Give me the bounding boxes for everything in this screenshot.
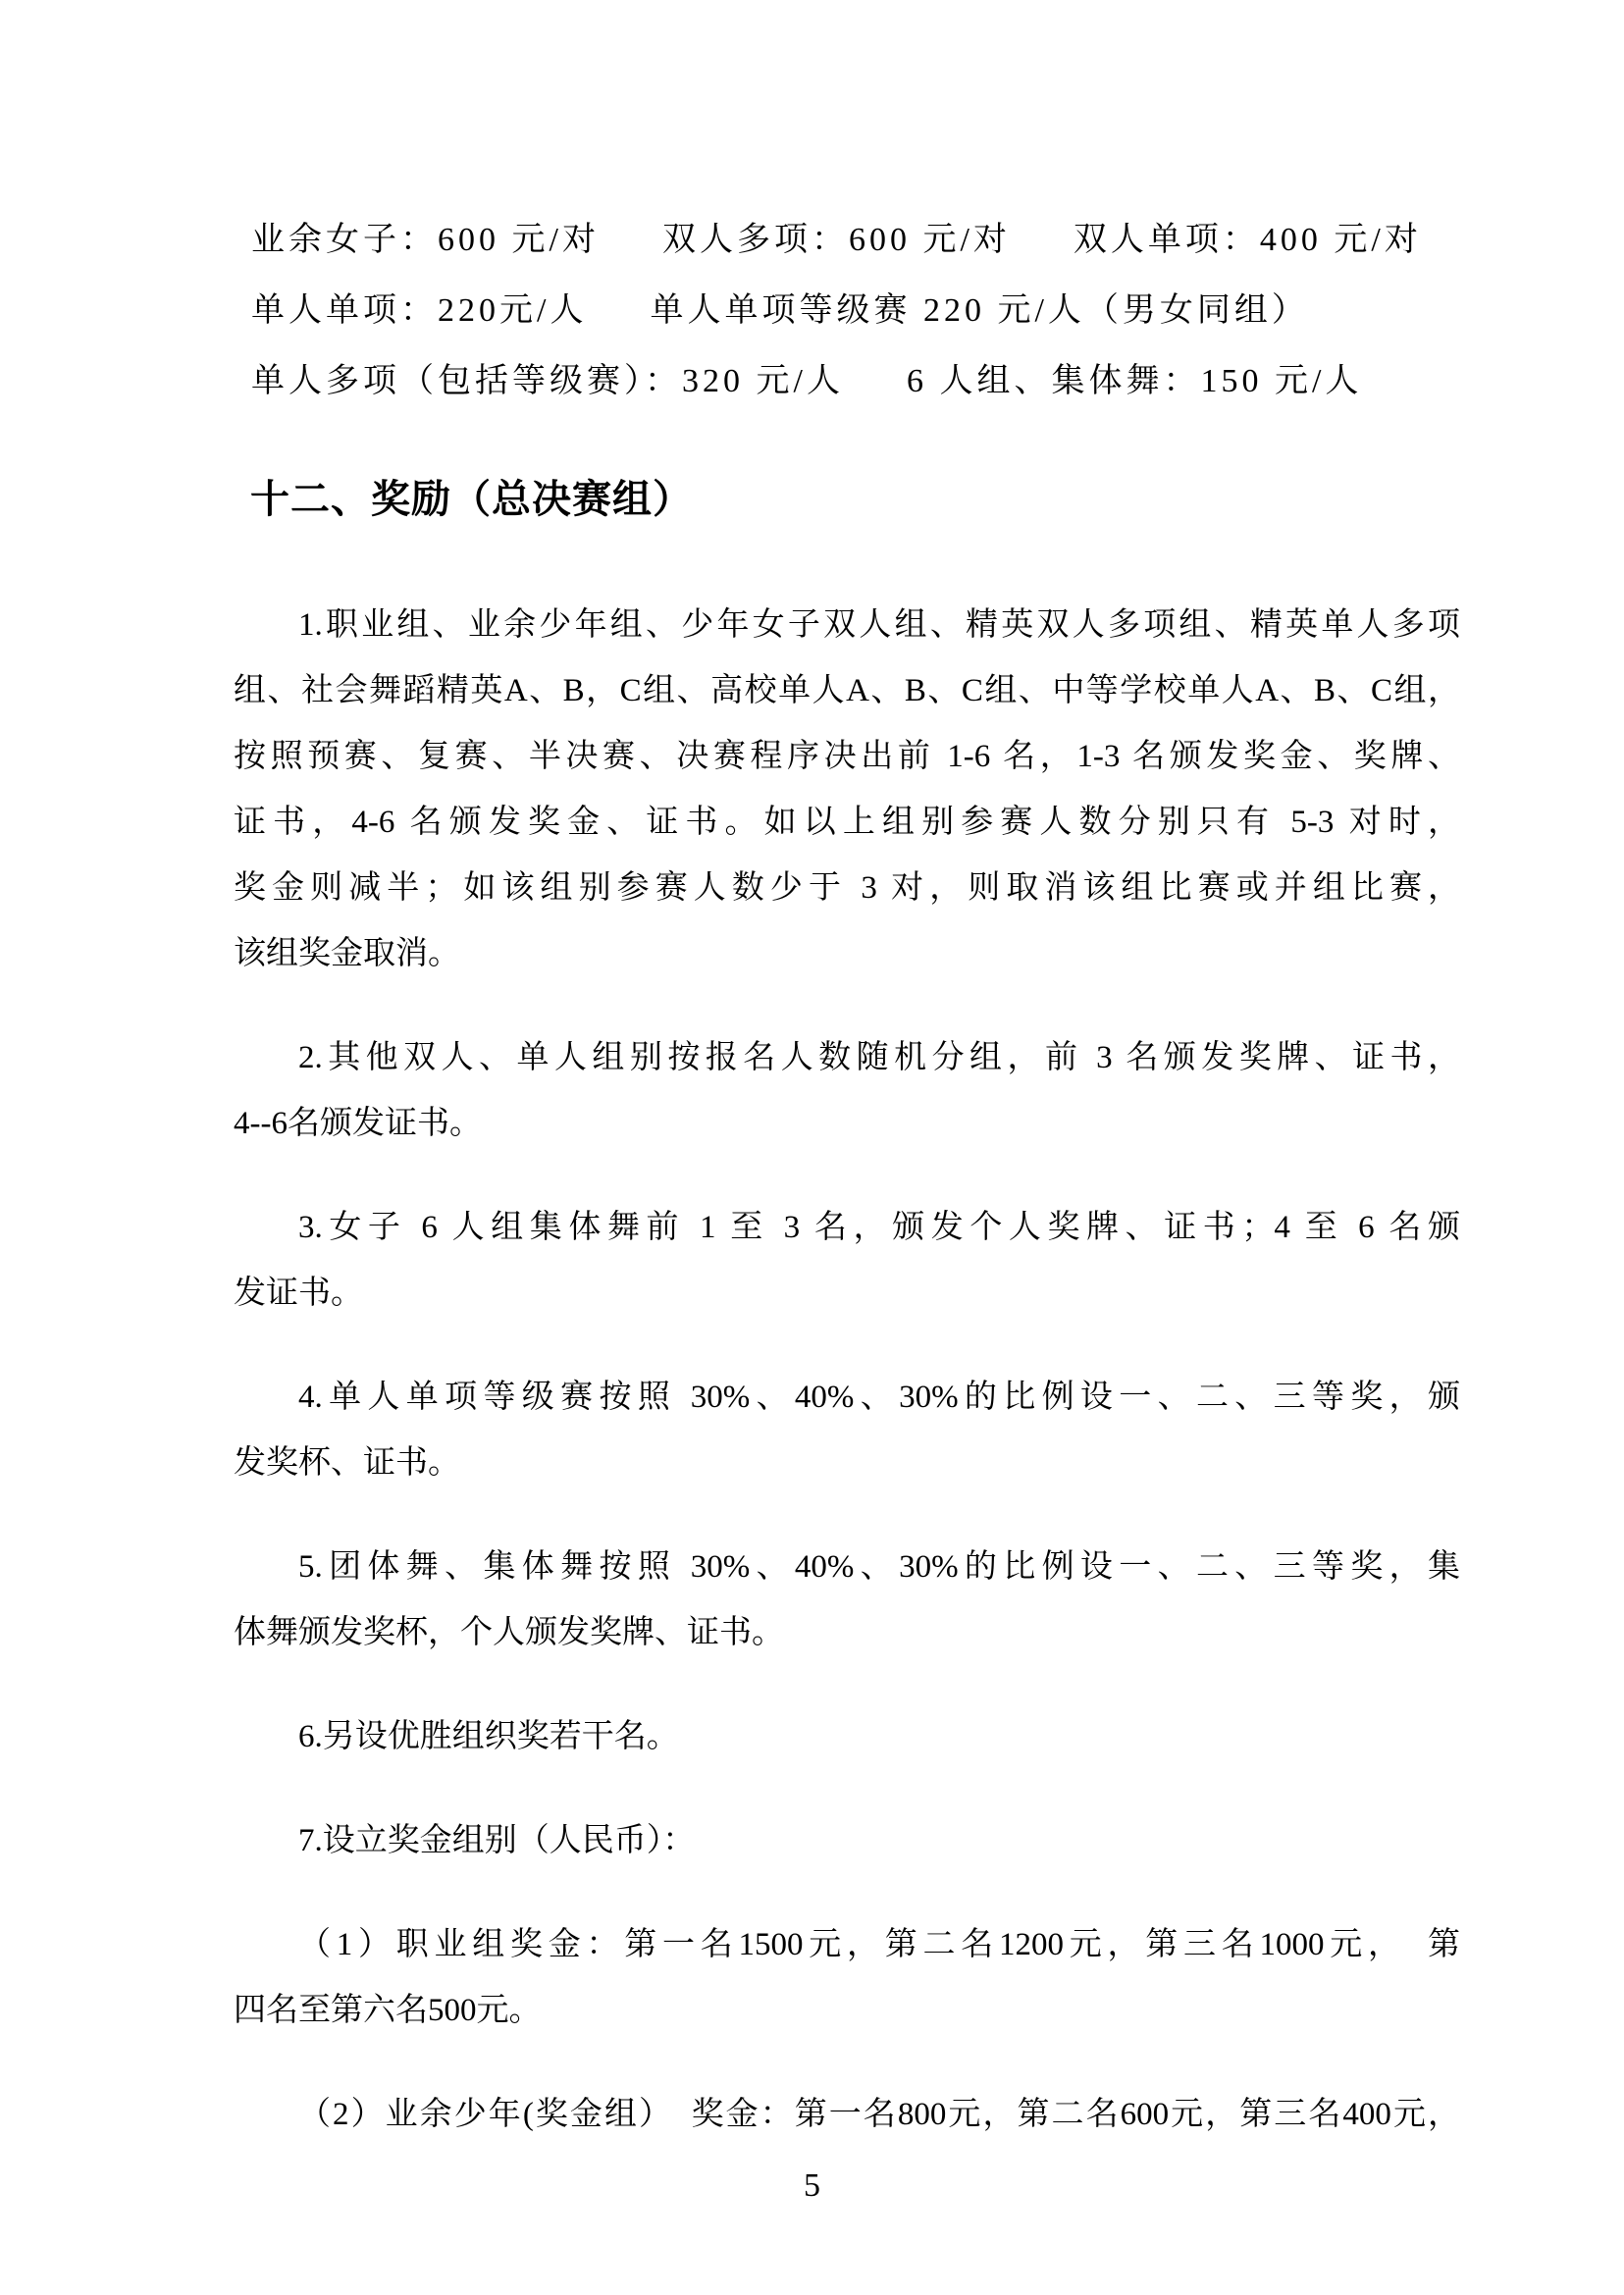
paragraph-line: 体舞颁发奖杯，个人颁发奖牌、证书。 [234,1600,1460,1666]
paragraph-line: 发证书。 [234,1261,1460,1327]
fee-line: 单人单项：220元/人单人单项等级赛 220 元/人（男女同组） [234,276,1460,346]
fee-item: 业余女子：600 元/对 [251,205,600,276]
paragraph-line: 3.女子 6 人组集体舞前 1 至 3 名，颁发个人奖牌、证书；4 至 6 名颁 [234,1195,1460,1261]
paragraph: 1.职业组、业余少年组、少年女子双人组、精英双人多项组、精英单人多项组、社会舞蹈… [234,593,1460,987]
paragraph-line: 4--6名颁发证书。 [234,1091,1460,1157]
paragraph-line: 4.单人单项等级赛按照 30%、40%、30%的比例设一、二、三等奖，颁 [234,1365,1460,1431]
paragraph-line: 1.职业组、业余少年组、少年女子双人组、精英双人多项组、精英单人多项 [234,593,1460,658]
paragraph-line: 按照预赛、复赛、半决赛、决赛程序决出前 1-6 名，1-3 名颁发奖金、奖牌、 [234,724,1460,790]
section-heading: 十二、奖励（总决赛组） [234,472,1460,527]
document-page: 业余女子：600 元/对双人多项：600 元/对双人单项：400 元/对单人单项… [0,0,1624,2295]
paragraph-line: 发奖杯、证书。 [234,1431,1460,1496]
fee-item: 单人单项：220元/人 [251,276,587,346]
paragraph: 5.团体舞、集体舞按照 30%、40%、30%的比例设一、二、三等奖，集体舞颁发… [234,1535,1460,1666]
paragraph-line: 7.设立奖金组别（人民币）： [234,1808,1460,1874]
paragraph-line: 组、社会舞蹈精英A、B，C组、高校单人A、B、C组、中等学校单人A、B、C组， [234,658,1460,724]
page-content: 业余女子：600 元/对双人多项：600 元/对双人单项：400 元/对单人单项… [234,205,1460,2148]
fee-block: 业余女子：600 元/对双人多项：600 元/对双人单项：400 元/对单人单项… [234,205,1460,417]
fee-item: 双人多项：600 元/对 [662,205,1011,276]
fee-line: 业余女子：600 元/对双人多项：600 元/对双人单项：400 元/对 [234,205,1460,276]
paragraph-line: 2.其他双人、单人组别按报名人数随机分组，前 3 名颁发奖牌、证书， [234,1025,1460,1091]
fee-item: 双人单项：400 元/对 [1074,205,1422,276]
paragraph-line: （2）业余少年(奖金组） 奖金：第一名800元，第二名600元，第三名400元， [234,2082,1460,2148]
fee-item: 单人多项（包括等级赛）：320 元/人 [251,346,844,417]
paragraph-line: 5.团体舞、集体舞按照 30%、40%、30%的比例设一、二、三等奖，集 [234,1535,1460,1600]
paragraph-line: （1）职业组奖金：第一名1500元，第二名1200元，第三名1000元， 第 [234,1912,1460,1978]
body-paragraphs: 1.职业组、业余少年组、少年女子双人组、精英双人多项组、精英单人多项组、社会舞蹈… [234,593,1460,2148]
paragraph: 7.设立奖金组别（人民币）： [234,1808,1460,1874]
paragraph-line: 四名至第六名500元。 [234,1978,1460,2044]
paragraph-line: 6.另设优胜组织奖若干名。 [234,1704,1460,1770]
paragraph: （1）职业组奖金：第一名1500元，第二名1200元，第三名1000元， 第四名… [234,1912,1460,2044]
fee-item: 单人单项等级赛 220 元/人（男女同组） [650,276,1308,346]
paragraph-line: 该组奖金取消。 [234,921,1460,987]
paragraph: 6.另设优胜组织奖若干名。 [234,1704,1460,1770]
paragraph: 4.单人单项等级赛按照 30%、40%、30%的比例设一、二、三等奖，颁发奖杯、… [234,1365,1460,1496]
paragraph: （2）业余少年(奖金组） 奖金：第一名800元，第二名600元，第三名400元， [234,2082,1460,2148]
fee-line: 单人多项（包括等级赛）：320 元/人6 人组、集体舞：150 元/人 [234,346,1460,417]
paragraph-line: 证书，4-6 名颁发奖金、证书。如以上组别参赛人数分别只有 5-3 对时， [234,790,1460,856]
paragraph: 2.其他双人、单人组别按报名人数随机分组，前 3 名颁发奖牌、证书，4--6名颁… [234,1025,1460,1157]
paragraph: 3.女子 6 人组集体舞前 1 至 3 名，颁发个人奖牌、证书；4 至 6 名颁… [234,1195,1460,1327]
page-number: 5 [0,2166,1624,2206]
paragraph-line: 奖金则减半；如该组别参赛人数少于 3 对，则取消该组比赛或并组比赛， [234,856,1460,921]
fee-item: 6 人组、集体舞：150 元/人 [907,346,1362,417]
